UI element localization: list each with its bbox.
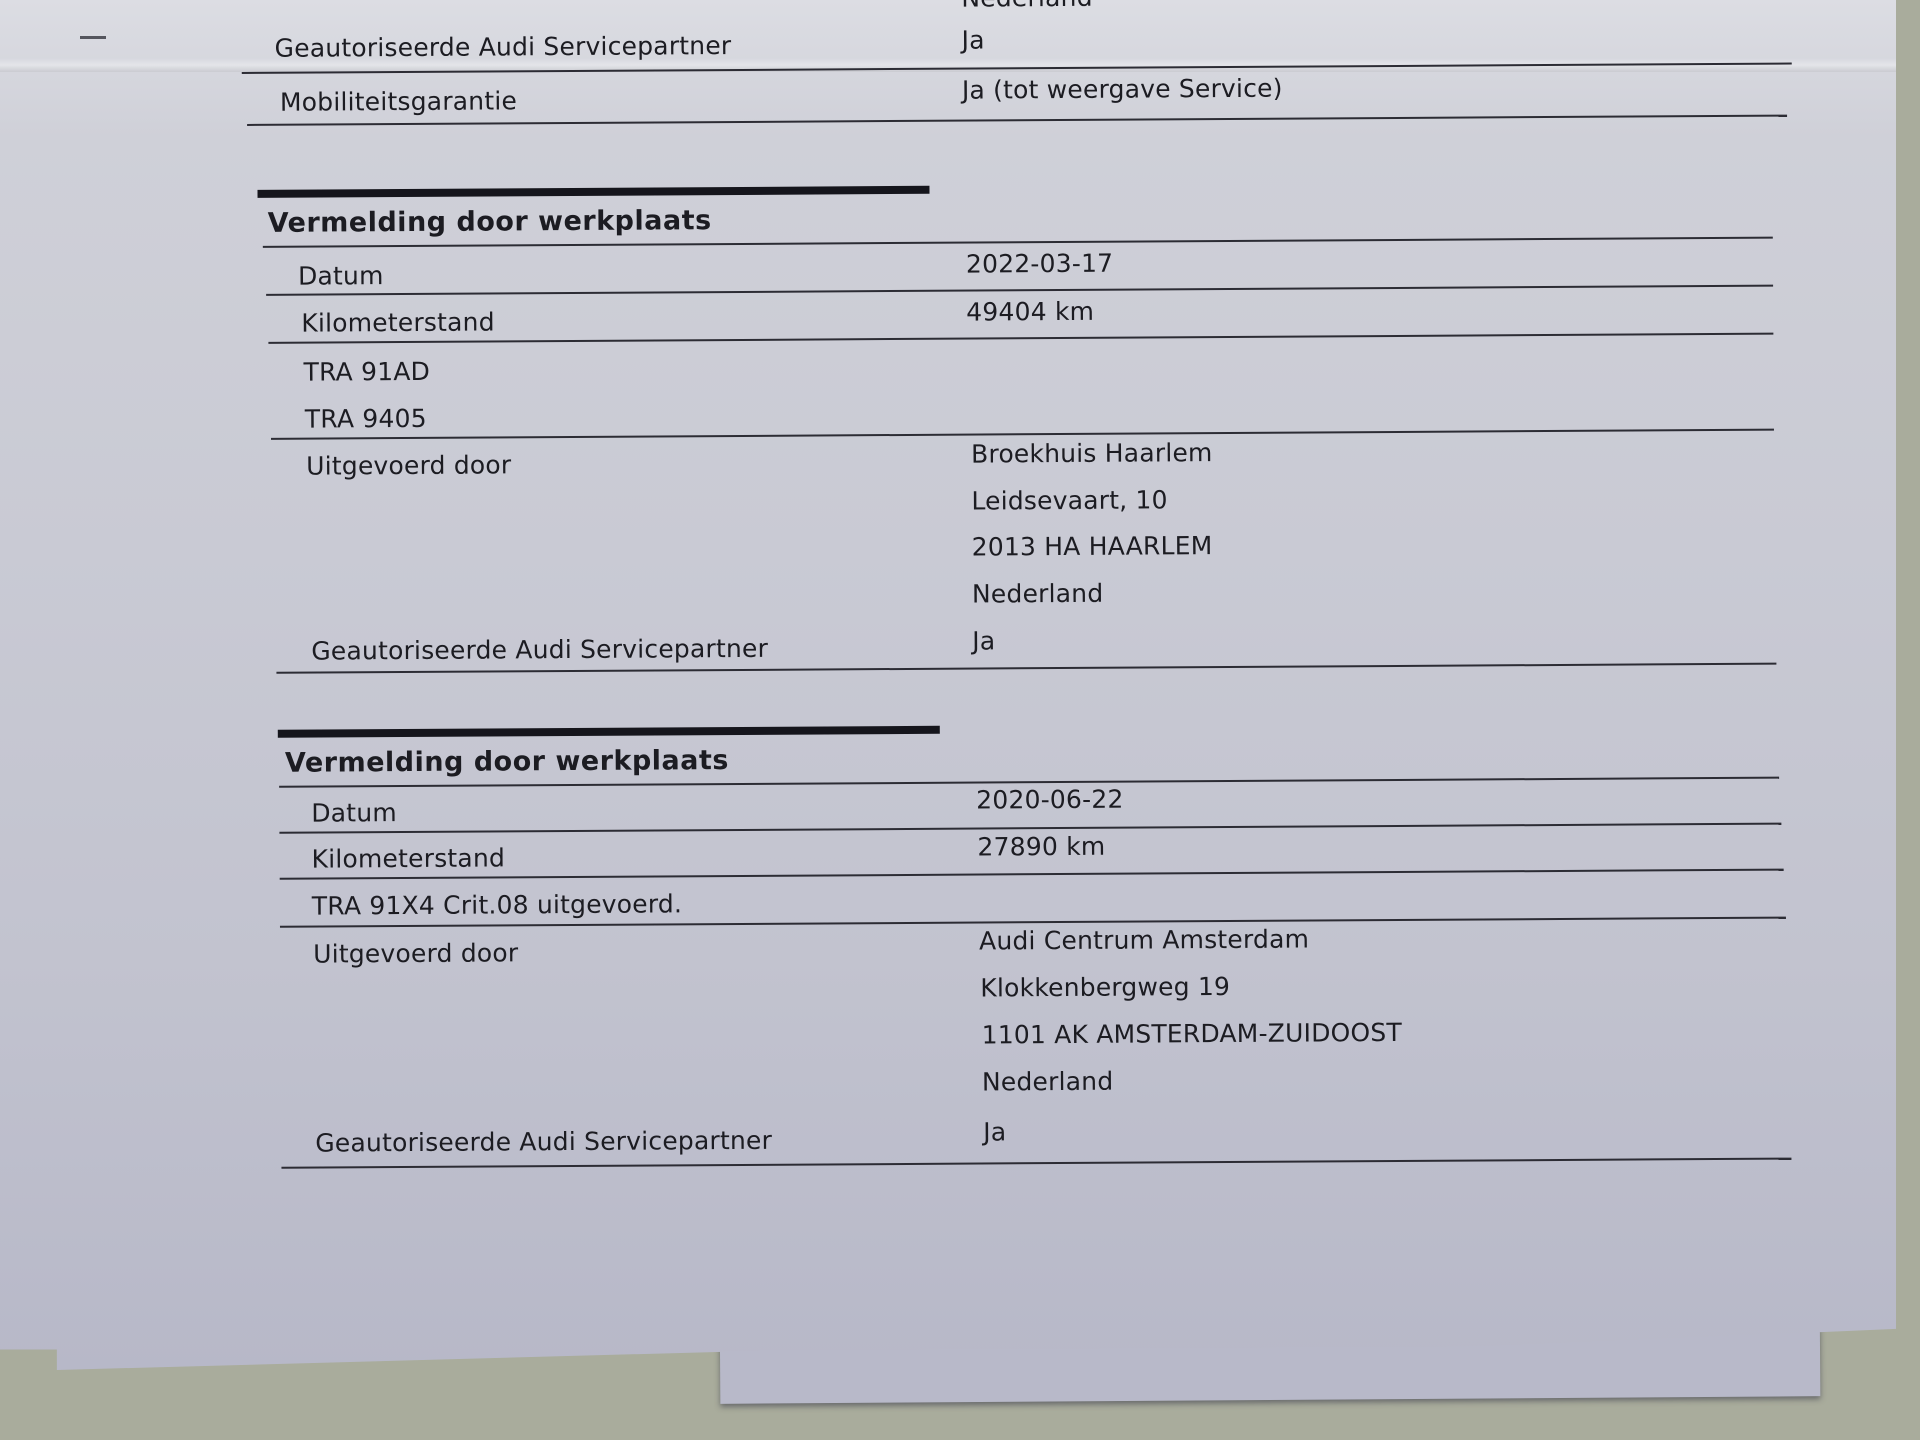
- performed-by-label: Uitgevoerd door: [306, 450, 511, 480]
- mileage-value: 27890 km: [977, 832, 1105, 862]
- section-bar: [278, 726, 940, 738]
- mobility-guarantee-label: Mobiliteitsgarantie: [280, 86, 517, 116]
- authorized-partner-value: Ja: [961, 25, 984, 54]
- paper-sheet: Nederland Geautoriseerde Audi Servicepar…: [0, 0, 1896, 1370]
- section-bar: [257, 186, 929, 198]
- mileage-value: 49404 km: [966, 297, 1094, 327]
- divider: [266, 285, 1773, 296]
- divider: [263, 237, 1773, 248]
- workshop-country: Nederland: [972, 579, 1104, 609]
- partial-country-value: Nederland: [961, 0, 1093, 13]
- workshop-name: Broekhuis Haarlem: [971, 438, 1213, 468]
- work-item: TRA 91AD: [304, 357, 431, 387]
- service-record: Nederland Geautoriseerde Audi Servicepar…: [0, 0, 1916, 6]
- date-label: Datum: [298, 261, 384, 291]
- work-item: TRA 91X4 Crit.08 uitgevoerd.: [312, 889, 682, 920]
- date-label: Datum: [311, 798, 397, 828]
- date-value: 2022-03-17: [966, 249, 1113, 279]
- divider: [247, 115, 1787, 126]
- workshop-name: Audi Centrum Amsterdam: [979, 925, 1309, 956]
- mobility-guarantee-value: Ja (tot weergave Service): [962, 74, 1283, 105]
- mileage-label: Kilometerstand: [301, 307, 495, 337]
- divider: [281, 1158, 1791, 1169]
- section-heading: Vermelding door werkplaats: [285, 745, 729, 779]
- work-item: TRA 9405: [305, 404, 427, 434]
- workshop-country: Nederland: [982, 1067, 1114, 1097]
- section-heading: Vermelding door werkplaats: [268, 205, 712, 239]
- date-value: 2020-06-22: [976, 785, 1123, 815]
- workshop-street: Leidsevaart, 10: [971, 485, 1167, 515]
- divider: [271, 429, 1774, 440]
- workshop-city: 1101 AK AMSTERDAM-ZUIDOOST: [982, 1018, 1402, 1050]
- authorized-partner-label: Geautoriseerde Audi Servicepartner: [315, 1126, 772, 1158]
- performed-by-label: Uitgevoerd door: [313, 938, 518, 968]
- authorized-partner-label: Geautoriseerde Audi Servicepartner: [275, 31, 732, 63]
- authorized-partner-label: Geautoriseerde Audi Servicepartner: [311, 634, 768, 666]
- dash-mark: [80, 36, 106, 39]
- mileage-label: Kilometerstand: [311, 843, 505, 873]
- workshop-city: 2013 HA HAARLEM: [972, 531, 1213, 561]
- authorized-partner-value: Ja: [983, 1117, 1006, 1146]
- authorized-partner-value: Ja: [972, 626, 995, 655]
- divider: [280, 869, 1784, 880]
- workshop-street: Klokkenbergweg 19: [980, 972, 1230, 1003]
